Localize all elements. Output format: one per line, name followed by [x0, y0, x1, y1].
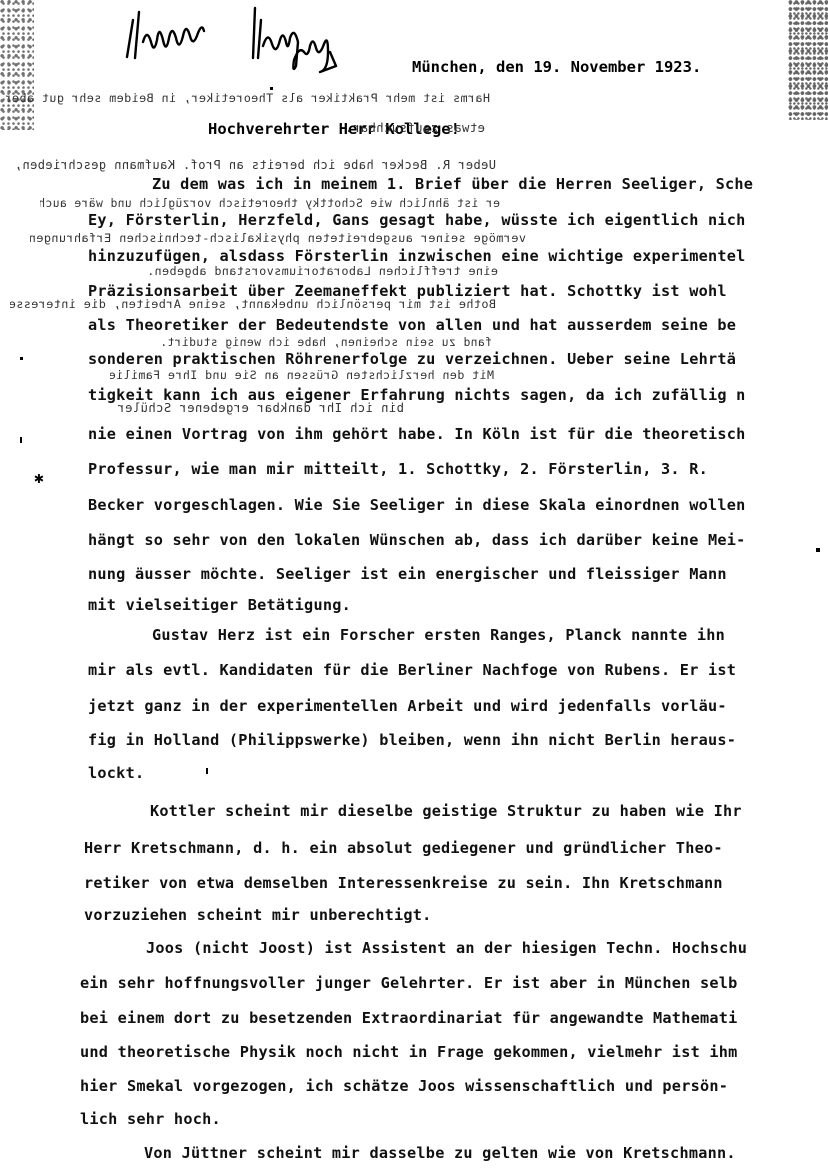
letter-line: hinzuzufügen, alsdass Försterlin inzwisc…	[88, 247, 746, 265]
letter-line: sonderen praktischen Röhrenerfolge zu ve…	[88, 350, 736, 368]
letter-line: Präzisionsarbeit über Zeemaneffekt publi…	[88, 282, 727, 300]
letter-line: tigkeit kann ich aus eigener Erfahrung n…	[88, 386, 746, 404]
scan-speck	[816, 548, 820, 552]
letter-line: Kottler scheint mir dieselbe geistige St…	[150, 802, 742, 820]
bleed-through-line: Harms ist mehr Praktiker als Theoretiker…	[6, 91, 490, 105]
letter-line: retiker von etwa demselben Interessenkre…	[84, 874, 723, 892]
bleed-through-line: vermöge seiner ausgebreiteten physikalis…	[30, 231, 526, 245]
letter-line: und theoretische Physik noch nicht in Fr…	[80, 1043, 738, 1061]
letter-line: Gustav Herz ist ein Forscher ersten Rang…	[152, 626, 725, 644]
bleed-through-line: er ist ähnlich wie Schottky theoretisch …	[40, 196, 500, 210]
scan-speck-insect: ✱	[34, 468, 44, 487]
scan-edge-noise-left	[0, 0, 34, 130]
scan-speck	[20, 357, 23, 360]
letter-line: lich sehr hoch.	[80, 1110, 221, 1128]
bleed-through-line: fand zu sein scheinen, habe ich wenig st…	[162, 335, 492, 349]
scan-edge-noise-right	[788, 0, 828, 120]
letter-line: ein sehr hoffnungsvoller junger Gelehrte…	[80, 974, 738, 992]
scanned-letter-page: München, den 19. November 1923. Hochvere…	[0, 0, 828, 1169]
letter-line: hängt so sehr von den lokalen Wünschen a…	[88, 531, 746, 549]
letter-line: fig in Holland (Philippswerke) bleiben, …	[88, 731, 736, 749]
letter-line: Joos (nicht Joost) ist Assistent an der …	[146, 939, 747, 957]
letter-line: Zu dem was ich in meinem 1. Brief über d…	[152, 175, 753, 193]
letter-line: hier Smekal vorgezogen, ich schätze Joos…	[80, 1077, 728, 1095]
letter-line: mit vielseitiger Betätigung.	[88, 596, 351, 614]
bleed-through-line: eine trefflichen Laboratoriumsvorstand a…	[148, 264, 498, 278]
handwritten-signature	[115, 2, 405, 80]
letter-line: Von Jüttner scheint mir dasselbe zu gelt…	[144, 1144, 736, 1162]
letter-line: Ey, Försterlin, Herzfeld, Gans gesagt ha…	[88, 211, 746, 229]
letter-line: jetzt ganz in der experimentellen Arbeit…	[88, 697, 727, 715]
letter-line: als Theoretiker der Bedeutendste von all…	[88, 316, 736, 334]
letter-line: nie einen Vortrag von ihm gehört habe. I…	[88, 425, 746, 443]
letter-line: vorzuziehen scheint mir unberechtigt.	[84, 906, 432, 924]
letter-line: lockt.	[88, 764, 144, 782]
scan-speck	[206, 768, 208, 774]
letter-line: bei einem dort zu besetzenden Extraordin…	[80, 1009, 738, 1027]
date-line: München, den 19. November 1923.	[412, 58, 701, 76]
letter-line: nung äusser möchte. Seeliger ist ein ene…	[88, 565, 727, 583]
letter-line: mir als evtl. Kandidaten für die Berline…	[88, 661, 736, 679]
letter-line: Becker vorgeschlagen. Wie Sie Seeliger i…	[88, 496, 746, 514]
scan-speck	[20, 437, 22, 443]
scan-speck	[270, 87, 273, 90]
letter-line: Herr Kretschmann, d. h. ein absolut gedi…	[84, 839, 723, 857]
bleed-through-line: etwas zaufsuchbar.	[345, 121, 485, 135]
bleed-through-line: Mit den herzlichsten Grüssen an Sie und …	[110, 368, 494, 382]
letter-line: Professur, wie man mir mitteilt, 1. Scho…	[88, 460, 708, 478]
bleed-through-line: Ueber R. Becker habe ich bereits an Prof…	[16, 158, 496, 172]
